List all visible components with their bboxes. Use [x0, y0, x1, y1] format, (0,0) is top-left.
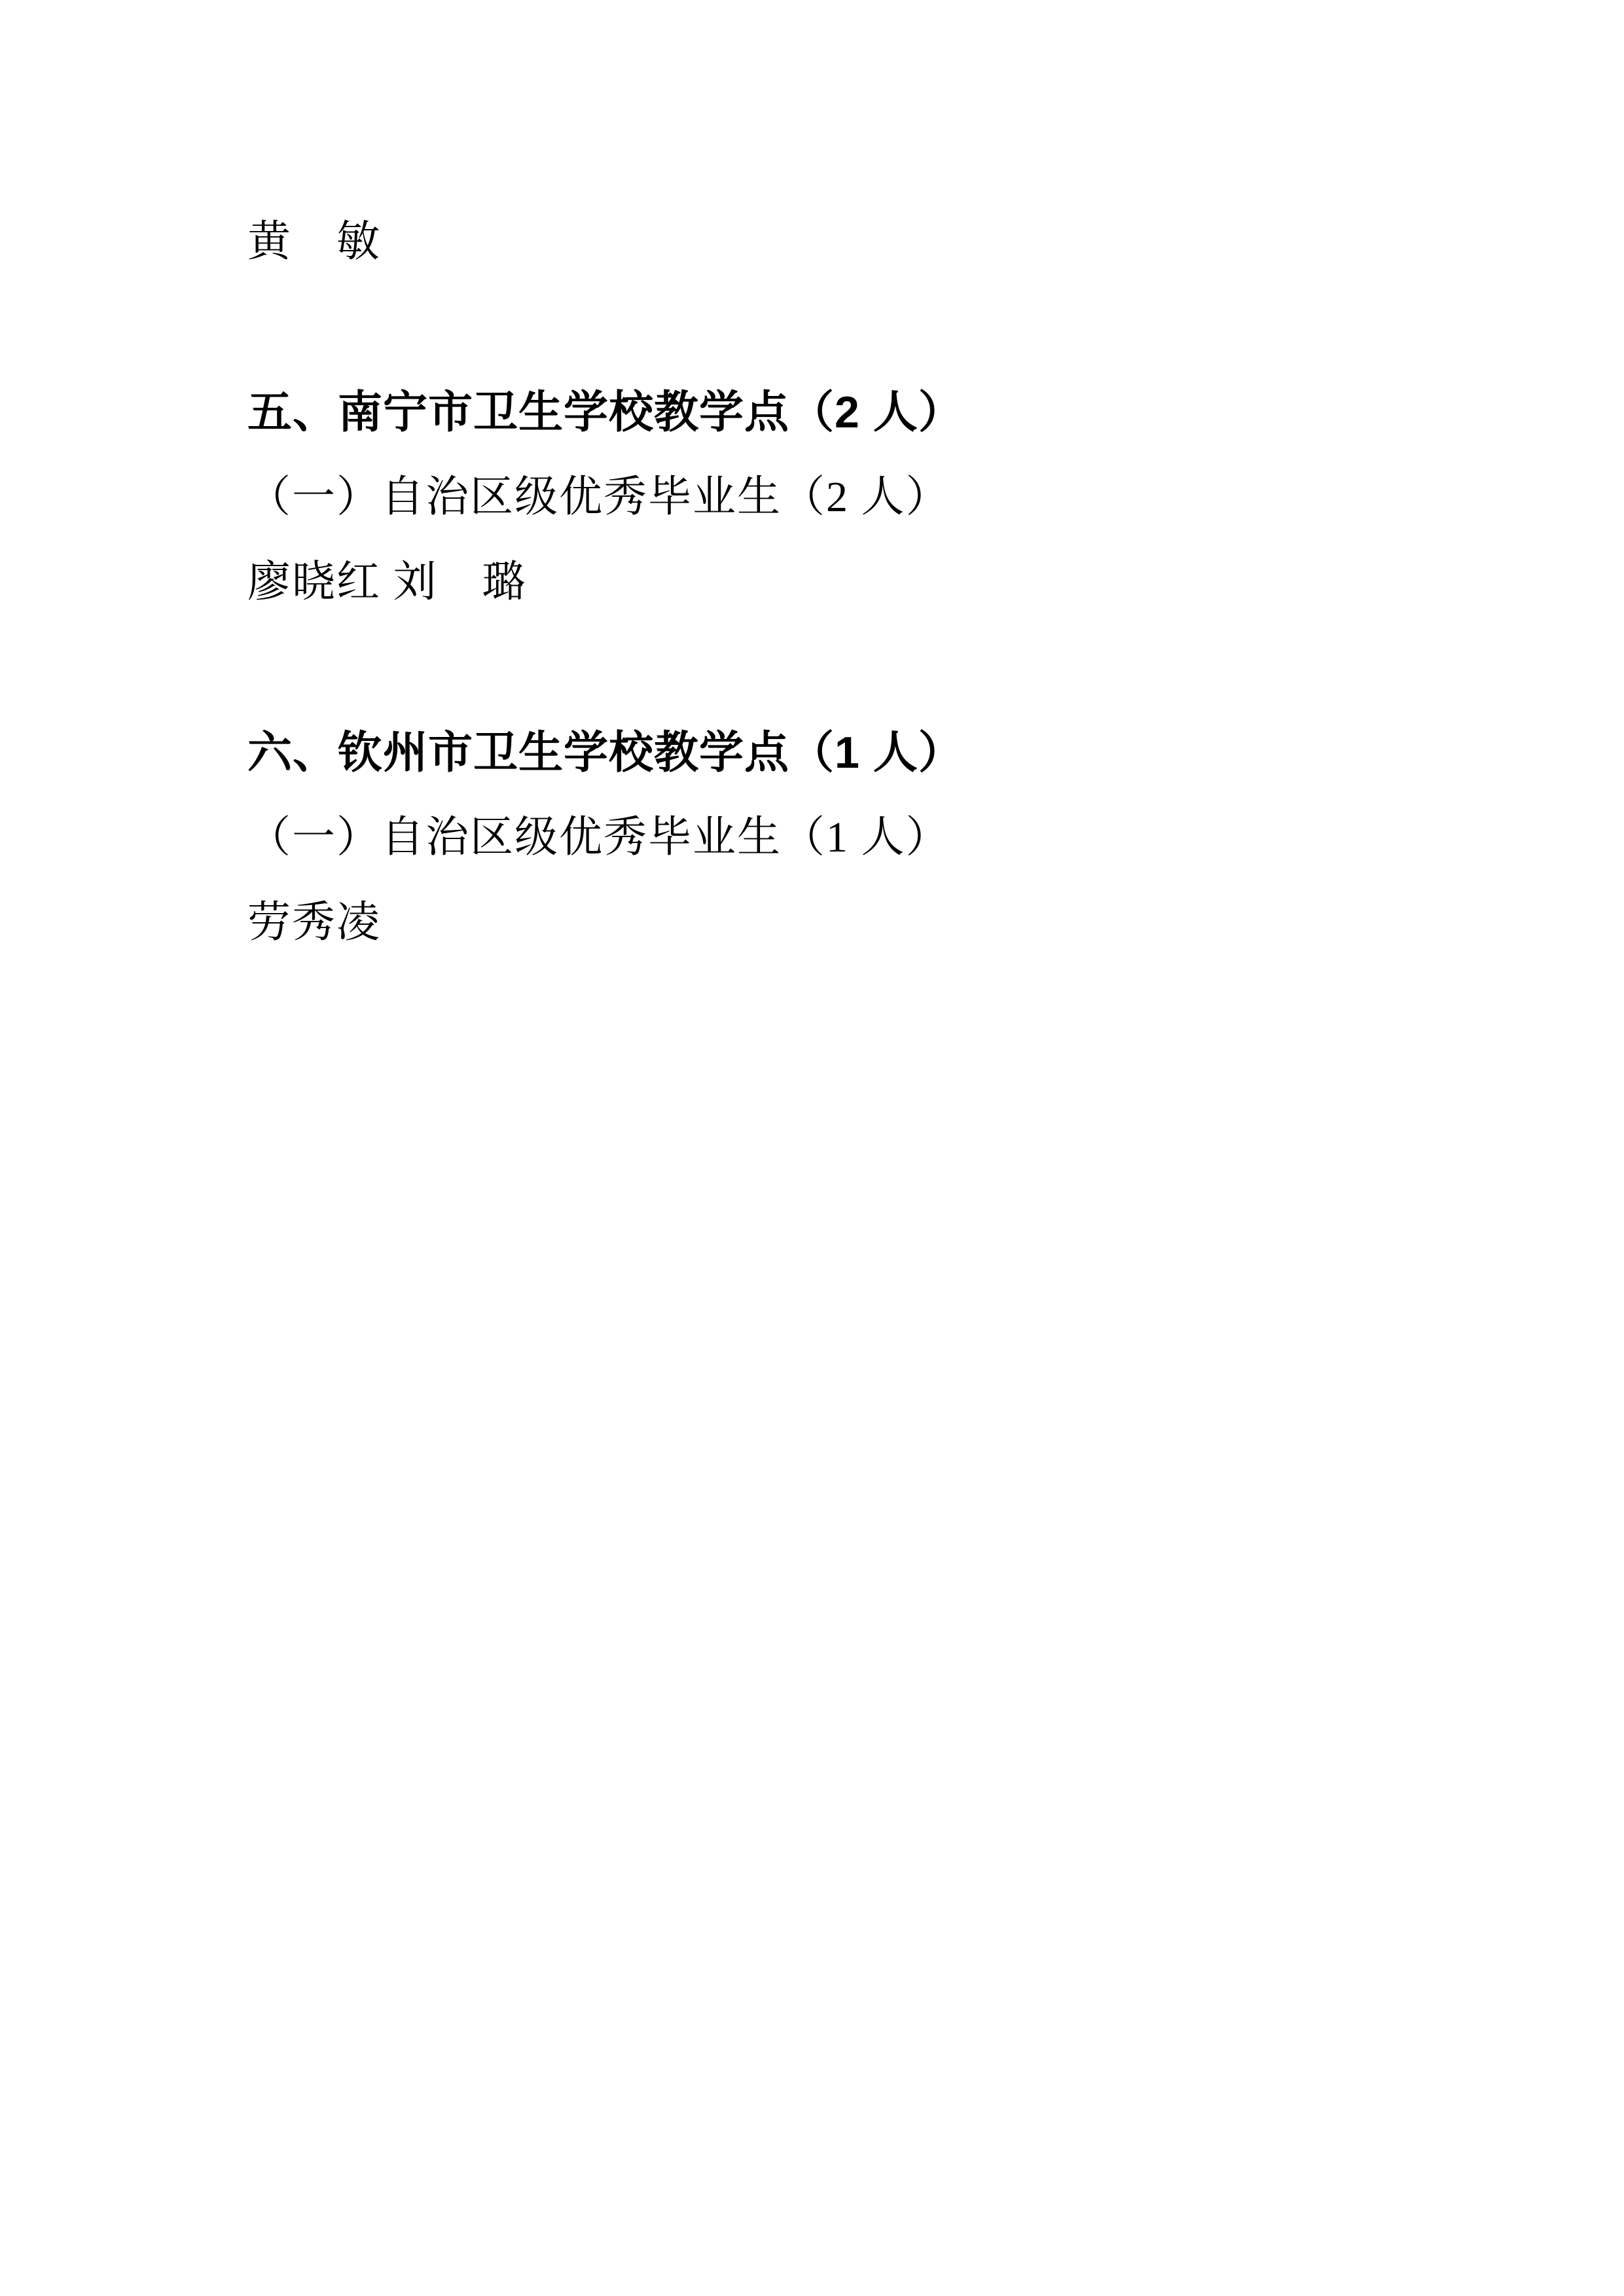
section-6-subheading: （一）自治区级优秀毕业生（1 人）: [247, 795, 1428, 880]
section-6-names: 劳秀凌: [247, 880, 1428, 965]
graduate-name-carryover: 黄 敏: [247, 200, 1428, 285]
spacer: [247, 625, 1428, 710]
section-6-heading: 六、钦州市卫生学校教学点（1 人）: [247, 710, 1428, 795]
document-page: 黄 敏 五、南宁市卫生学校教学点（2 人） （一）自治区级优秀毕业生（2 人） …: [0, 0, 1624, 2296]
section-5-heading: 五、南宁市卫生学校教学点（2 人）: [247, 370, 1428, 455]
section-5-names: 廖晓红 刘 璐: [247, 540, 1428, 625]
section-5-subheading: （一）自治区级优秀毕业生（2 人）: [247, 455, 1428, 540]
document-body: 黄 敏 五、南宁市卫生学校教学点（2 人） （一）自治区级优秀毕业生（2 人） …: [247, 200, 1428, 965]
spacer: [247, 285, 1428, 370]
